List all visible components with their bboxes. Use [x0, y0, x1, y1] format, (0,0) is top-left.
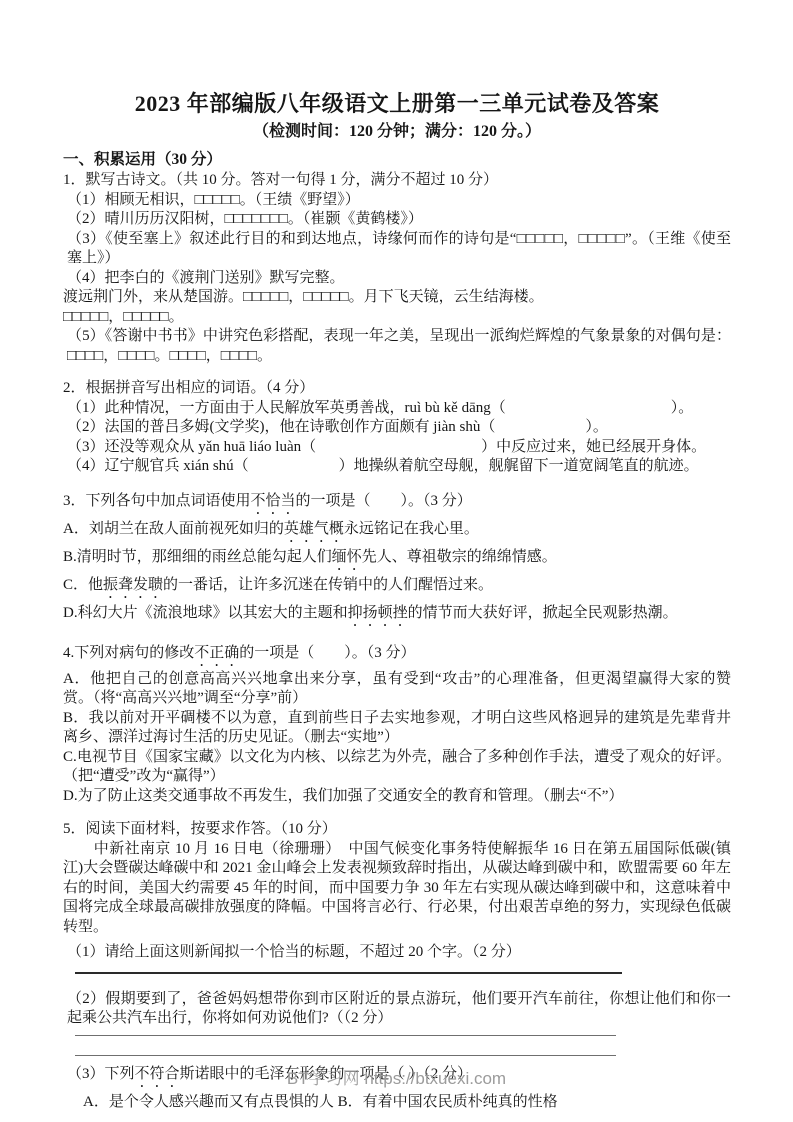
question-3-option-c: C．他振聋发聩的一番话，让许多沉迷在传销中的人们醒悟过来。: [63, 574, 731, 602]
question-5-news-passage: 中新社南京 10 月 16 日电（徐珊珊） 中国气候变化事务特使解振华 16 日…: [63, 840, 731, 938]
exam-title: 2023 年部编版八年级语文上册第一三单元试卷及答案: [63, 90, 731, 118]
question-1-item-3: （3）《使至塞上》叙述此行目的和到达地点，诗缘何而作的诗句是“□□□□□，□□□…: [63, 230, 731, 269]
question-1-item-4: （4）把李白的《渡荆门送别》默写完整。: [63, 269, 731, 289]
question-4-option-b: B．我以前对开平碉楼不以为意，直到前些日子去实地参观，才明白这些风格迥异的建筑是…: [63, 709, 731, 748]
emphasized-word: 缅怀: [332, 549, 362, 565]
question-1-item-1: （1）相顾无相识，□□□□□。（王绩《野望》）: [63, 191, 731, 211]
answer-line-thick: [75, 972, 622, 974]
question-3: 3．下列各句中加点词语使用不恰当的一项是（ ）。（3 分） A．刘胡兰在敌人面前…: [63, 490, 731, 630]
emphasized-word: 不恰当: [251, 493, 296, 509]
question-5-sub-3-options: A．是个令人感兴趣而又有点畏惧的人 B．有着中国农民质朴纯真的性格: [63, 1093, 731, 1113]
question-2-item-3: （3）还没等观众从 yǎn huā liáo luàn（ ）中反应过来，她已经展…: [63, 438, 731, 458]
question-5-sub-1: （1）请给上面这则新闻拟一个恰当的标题，不超过 20 个字。（2 分）: [63, 943, 731, 963]
question-1-poem-line-1: 渡远荆门外，来从楚国游。□□□□□，□□□□□。月下飞天镜，云生结海楼。: [63, 288, 731, 308]
question-2-item-1: （1）此种情况，一方面由于人民解放军英勇善战，ruì bù kě dāng（ ）…: [63, 399, 731, 419]
question-4-stem: 4.下列对病句的修改不正确的一项是（ ）。（3 分）: [63, 644, 731, 670]
question-5-stem: 5．阅读下面材料，按要求作答。（10 分）: [63, 820, 731, 840]
emphasized-word: 振聋发聩: [103, 577, 163, 593]
question-1-item-5: （5）《答谢中书书》中讲究色彩搭配，表现一年之美，呈现出一派绚烂辉煌的气象景象的…: [63, 327, 731, 366]
question-2-item-4: （4）辽宁舰官兵 xián shú（ ）地操纵着航空母舰，舰艉留下一道宽阔笔直的…: [63, 457, 731, 477]
emphasized-word: 英雄气概: [284, 521, 344, 537]
exam-content: 2023 年部编版八年级语文上册第一三单元试卷及答案 （检测时间：120 分钟；…: [63, 90, 731, 1112]
exam-time-score-info: （检测时间：120 分钟；满分：120 分。）: [63, 120, 731, 144]
question-4-option-c: C.电视节目《国家宝藏》以文化为内核、以综艺为外壳，融合了多种创作手法，遭受了观…: [63, 748, 731, 787]
section-heading: 一、积累运用（30 分）: [63, 149, 731, 171]
answer-line-2: [75, 1055, 616, 1056]
site-watermark: BT学习网 https://btxuexi.com: [0, 1064, 793, 1089]
question-3-option-d: D.科幻大片《流浪地球》以其宏大的主题和抑扬顿挫的情节而大获好评，掀起全民观影热…: [63, 602, 731, 630]
exam-document-page: 2023 年部编版八年级语文上册第一三单元试卷及答案 （检测时间：120 分钟；…: [0, 0, 793, 1122]
question-5-sub-2: （2）假期要到了，爸爸妈妈想带你到市区附近的景点游玩，他们要开汽车前往，你想让他…: [63, 990, 731, 1029]
answer-line-1: [75, 1035, 616, 1036]
question-4-option-d: D.为了防止这类交通事故不再发生，我们加强了交通安全的教育和管理。（删去“不”）: [63, 787, 731, 807]
emphasized-word: 抑扬顿挫: [348, 605, 408, 621]
question-1-poem-line-2: □□□□□，□□□□□。: [63, 308, 731, 328]
question-1-item-2: （2）晴川历历汉阳树，□□□□□□□。（崔颢《黄鹤楼》）: [63, 210, 731, 230]
question-2: 2．根据拼音写出相应的词语。（4 分） （1）此种情况，一方面由于人民解放军英勇…: [63, 379, 731, 477]
question-1-stem: 1．默写古诗文。（共 10 分。答对一句得 1 分，满分不超过 10 分）: [63, 171, 731, 191]
question-3-stem: 3．下列各句中加点词语使用不恰当的一项是（ ）。（3 分）: [63, 490, 731, 518]
question-4-option-a: A．他把自己的创意高高兴兴地拿出来分享，虽有受到“攻击”的心理准备，但更渴望赢得…: [63, 670, 731, 709]
question-4: 4.下列对病句的修改不正确的一项是（ ）。（3 分） A．他把自己的创意高高兴兴…: [63, 644, 731, 807]
emphasized-word: 不正确: [194, 645, 239, 661]
question-3-option-a: A．刘胡兰在敌人面前视死如归的英雄气概永远铭记在我心里。: [63, 518, 731, 546]
question-2-item-2: （2）法国的普吕多姆(文学奖)，他在诗歌创作方面颇有 jiàn shù（ ）。: [63, 418, 731, 438]
question-3-option-b: B.清明时节，那细细的雨丝总能勾起人们缅怀先人、尊祖敬宗的绵绵情感。: [63, 546, 731, 574]
question-2-stem: 2．根据拼音写出相应的词语。（4 分）: [63, 379, 731, 399]
question-1: 1．默写古诗文。（共 10 分。答对一句得 1 分，满分不超过 10 分） （1…: [63, 171, 731, 366]
